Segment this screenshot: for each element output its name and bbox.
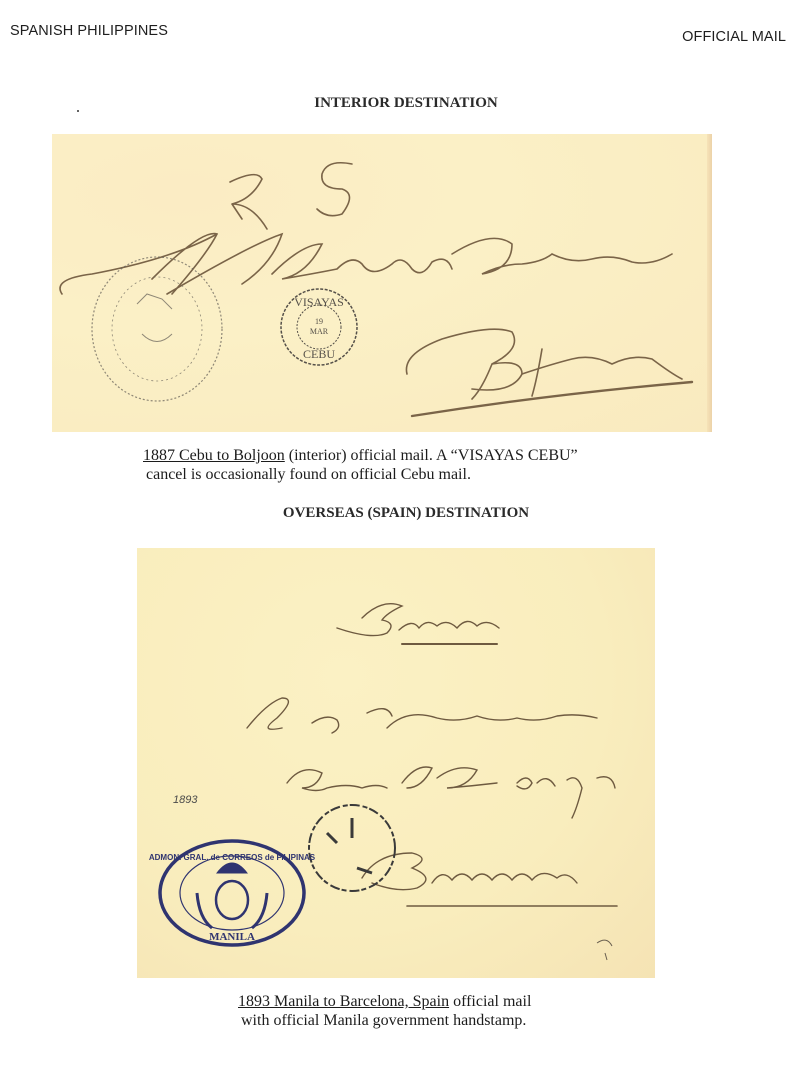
- caption-interior-underlined: 1887 Cebu to Boljoon: [143, 447, 285, 464]
- svg-text:19: 19: [315, 317, 323, 326]
- caption-interior: 1887 Cebu to Boljoon (interior) official…: [143, 446, 578, 484]
- cover-1-artwork: VISAYAS 19 MAR CEBU: [52, 134, 712, 432]
- svg-text:MAR: MAR: [310, 327, 329, 336]
- visayas-cebu-postmark: VISAYAS 19 MAR CEBU: [281, 289, 357, 365]
- page-header-left: SPANISH PHILIPPINES: [10, 23, 168, 39]
- caption-interior-line2: cancel is occasionally found on official…: [143, 466, 471, 483]
- page-header-right: OFFICIAL MAIL: [682, 29, 786, 45]
- cover-image-interior: VISAYAS 19 MAR CEBU: [52, 134, 712, 432]
- hacienda-handstamp: [92, 257, 222, 401]
- svg-text:VISAYAS: VISAYAS: [294, 295, 344, 309]
- cover-2-artwork: 1893 ADMON. GRAL. de CORREOS de FILIPINA…: [137, 548, 655, 978]
- svg-text:ADMON. GRAL. de CORREOS de FIL: ADMON. GRAL. de CORREOS de FILIPINAS: [149, 853, 316, 862]
- caption-overseas-line1: official mail: [449, 993, 531, 1010]
- pencil-mark: [597, 940, 612, 960]
- manila-government-handstamp: ADMON. GRAL. de CORREOS de FILIPINAS MAN…: [149, 841, 316, 945]
- caption-overseas-underlined: 1893 Manila to Barcelona, Spain: [238, 993, 449, 1010]
- caption-overseas: 1893 Manila to Barcelona, Spain official…: [238, 992, 531, 1030]
- manila-postmark: [309, 805, 395, 891]
- svg-text:MANILA: MANILA: [209, 931, 255, 943]
- section-title-interior: INTERIOR DESTINATION: [0, 95, 812, 112]
- pencil-note-1893: 1893: [173, 794, 198, 806]
- caption-interior-line1: (interior) official mail. A “VISAYAS CEB…: [285, 447, 578, 464]
- section-title-overseas: OVERSEAS (SPAIN) DESTINATION: [0, 505, 812, 522]
- svg-text:CEBU: CEBU: [303, 347, 335, 361]
- cover-image-overseas: 1893 ADMON. GRAL. de CORREOS de FILIPINA…: [137, 548, 655, 978]
- caption-overseas-line2: with official Manila government handstam…: [238, 1012, 526, 1029]
